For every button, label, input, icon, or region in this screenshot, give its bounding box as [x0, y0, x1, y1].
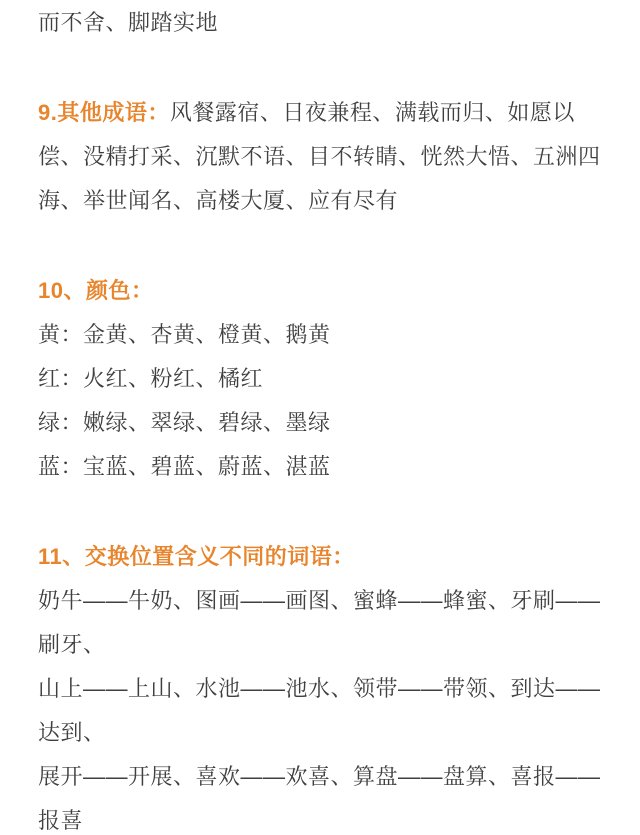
text-line: 达到、 — [38, 711, 602, 755]
text-line: 绿：嫩绿、翠绿、碧绿、墨绿 — [38, 401, 602, 445]
text-line: 山上——上山、水池——池水、领带——带领、到达—— — [38, 667, 602, 711]
text-line: 10、颜色： — [38, 269, 602, 313]
document-content: 而不舍、脚踏实地9.其他成语：风餐露宿、日夜兼程、满载而归、如愿以偿、没精打采、… — [0, 0, 640, 835]
text-line: 展开——开展、喜欢——欢喜、算盘——盘算、喜报—— — [38, 755, 602, 799]
section-heading: 11、交换位置含义不同的词语： — [38, 544, 355, 569]
text-line: 刷牙、 — [38, 623, 602, 667]
section-block: 10、颜色：黄：金黄、杏黄、橙黄、鹅黄红：火红、粉红、橘红绿：嫩绿、翠绿、碧绿、… — [38, 269, 602, 489]
text-line: 红：火红、粉红、橘红 — [38, 357, 602, 401]
text-block: 而不舍、脚踏实地 — [38, 1, 602, 45]
text-line: 蓝：宝蓝、碧蓝、蔚蓝、湛蓝 — [38, 445, 602, 489]
section-block: 11、交换位置含义不同的词语：奶牛——牛奶、图画——画图、蜜蜂——蜂蜜、牙刷——… — [38, 535, 602, 835]
text-line: 11、交换位置含义不同的词语： — [38, 535, 602, 579]
text-line: 海、举世闻名、高楼大厦、应有尽有 — [38, 179, 602, 223]
text-line: 黄：金黄、杏黄、橙黄、鹅黄 — [38, 313, 602, 357]
text-line: 偿、没精打采、沉默不语、目不转睛、恍然大悟、五洲四 — [38, 135, 602, 179]
section-heading: 9.其他成语： — [38, 100, 170, 125]
text-line: 奶牛——牛奶、图画——画图、蜜蜂——蜂蜜、牙刷—— — [38, 579, 602, 623]
section-heading: 10、颜色： — [38, 278, 153, 303]
section-block: 9.其他成语：风餐露宿、日夜兼程、满载而归、如愿以偿、没精打采、沉默不语、目不转… — [38, 91, 602, 223]
text-line: 而不舍、脚踏实地 — [38, 1, 602, 45]
text-line: 9.其他成语：风餐露宿、日夜兼程、满载而归、如愿以 — [38, 91, 602, 135]
text-line: 报喜 — [38, 799, 602, 835]
